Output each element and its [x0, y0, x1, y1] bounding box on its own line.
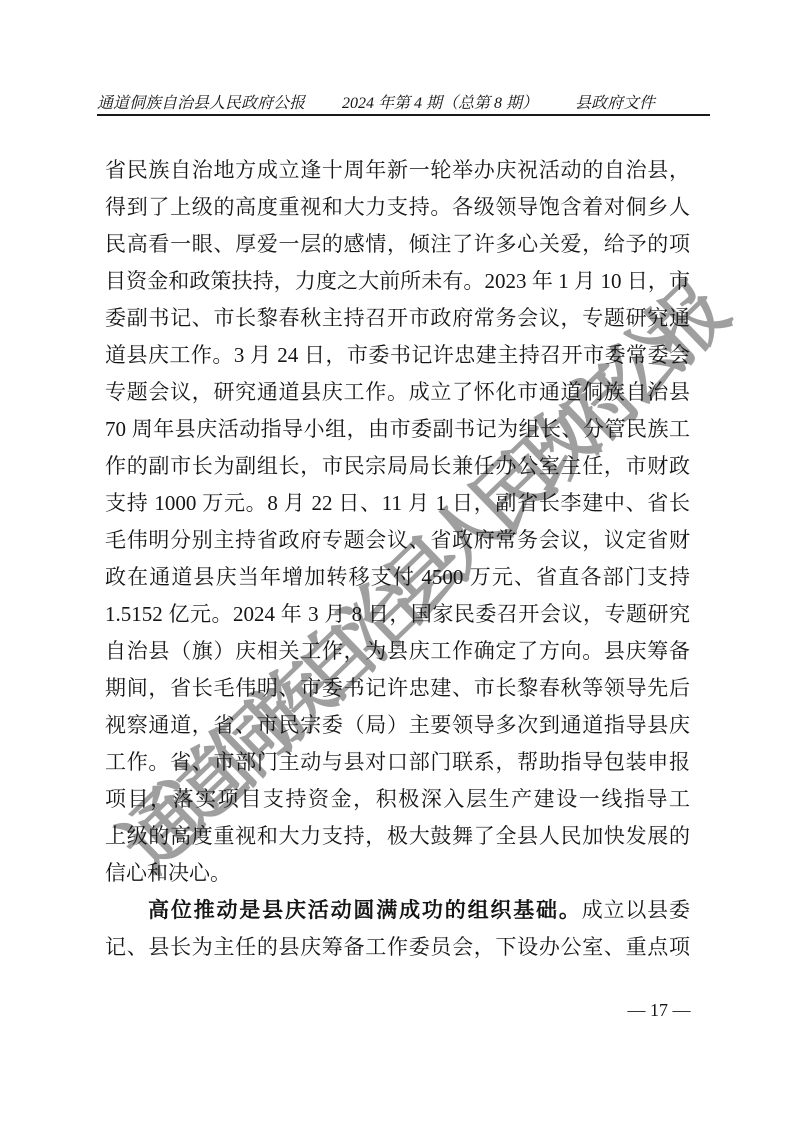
text-line: 得到了上级的高度重视和大力支持。各级领导饱含着对侗乡人 [105, 189, 690, 226]
body-text: 省民族自治地方成立逢十周年新一轮举办庆祝活动的自治县，得到了上级的高度重视和大力… [105, 152, 690, 966]
text-line: 上级的高度重视和大力支持，极大鼓舞了全县人民加快发展的 [105, 818, 690, 855]
text-line: 民高看一眼、厚爱一层的感情，倾注了许多心关爱，给予的项 [105, 226, 690, 263]
body-segment: 70 周年县庆活动指导小组，由市委副书记为组长、分管民族工 [105, 417, 690, 441]
body-segment: 道县庆工作。3 月 24 日，市委书记许忠建主持召开市委常委会 [105, 343, 690, 367]
body-segment: 目资金和政策扶持，力度之大前所未有。2023 年 1 月 10 日，市 [105, 269, 690, 293]
body-segment: 毛伟明分别主持省政府专题会议、省政府常务会议，议定省财 [105, 528, 690, 552]
body-segment: 作的副市长为副组长，市民宗局局长兼任办公室主任，市财政 [105, 454, 690, 478]
body-segment: 民高看一眼、厚爱一层的感情，倾注了许多心关爱，给予的项 [105, 232, 690, 256]
text-line: 自治县（旗）庆相关工作，为县庆工作确定了方向。县庆筹备 [105, 633, 690, 670]
page-header: 通道侗族自治县人民政府公报 2024 年第 4 期（总第 8 期） 县政府文件 [97, 94, 710, 116]
text-line: 期间，省长毛伟明、市委书记许忠建、市长黎春秋等领导先后 [105, 670, 690, 707]
body-segment: 上级的高度重视和大力支持，极大鼓舞了全县人民加快发展的 [105, 824, 690, 848]
body-segment: 自治县（旗）庆相关工作，为县庆工作确定了方向。县庆筹备 [105, 639, 690, 663]
text-line: 委副书记、市长黎春秋主持召开市政府常务会议，专题研究通 [105, 300, 690, 337]
body-segment: 支持 1000 万元。8 月 22 日、11 月 1 日，副省长李建中、省长 [105, 491, 690, 515]
body-segment: 政在通道县庆当年增加转移支付 4500 万元、省直各部门支持 [105, 565, 690, 589]
text-line: 70 周年县庆活动指导小组，由市委副书记为组长、分管民族工 [105, 411, 690, 448]
body-segment: 期间，省长毛伟明、市委书记许忠建、市长黎春秋等领导先后 [105, 676, 690, 700]
text-line: 省民族自治地方成立逢十周年新一轮举办庆祝活动的自治县， [105, 152, 690, 189]
text-line: 政在通道县庆当年增加转移支付 4500 万元、省直各部门支持 [105, 559, 690, 596]
text-line: 专题会议，研究通道县庆工作。成立了怀化市通道侗族自治县 [105, 374, 690, 411]
body-segment: 项目，落实项目支持资金，积极深入层生产建设一线指导工作。 [105, 787, 690, 818]
text-line: 道县庆工作。3 月 24 日，市委书记许忠建主持召开市委常委会 [105, 337, 690, 374]
body-segment: 得到了上级的高度重视和大力支持。各级领导饱含着对侗乡人 [105, 195, 690, 219]
text-line: 视察通道，省、市民宗委（局）主要领导多次到通道指导县庆 [105, 707, 690, 744]
text-line: 1.5152 亿元。2024 年 3 月 8 日，国家民委召开会议，专题研究 [105, 596, 690, 633]
page-number: — 17 — [624, 1000, 694, 1021]
text-line: 记、县长为主任的县庆筹备工作委员会，下设办公室、重点项 [105, 929, 690, 966]
header-publication-title: 通道侗族自治县人民政府公报 [97, 94, 305, 113]
text-line: 作的副市长为副组长，市民宗局局长兼任办公室主任，市财政 [105, 448, 690, 485]
body-segment: 记、县长为主任的县庆筹备工作委员会，下设办公室、重点项 [105, 935, 690, 959]
text-line: 目资金和政策扶持，力度之大前所未有。2023 年 1 月 10 日，市 [105, 263, 690, 300]
document-page: 通道侗族自治县人民政府公报 通道侗族自治县人民政府公报 2024 年第 4 期（… [0, 0, 793, 1122]
text-line: 信心和决心。 [105, 855, 690, 892]
header-section-label: 县政府文件 [575, 94, 655, 113]
bold-lead-text: 高位推动是县庆活动圆满成功的组织基础。 [148, 899, 582, 922]
text-line: 项目，落实项目支持资金，积极深入层生产建设一线指导工作。 [105, 781, 690, 818]
body-segment: 专题会议，研究通道县庆工作。成立了怀化市通道侗族自治县 [105, 380, 690, 404]
body-segment: 信心和决心。 [105, 861, 231, 885]
body-segment: 视察通道，省、市民宗委（局）主要领导多次到通道指导县庆 [105, 713, 690, 737]
text-line: 毛伟明分别主持省政府专题会议、省政府常务会议，议定省财 [105, 522, 690, 559]
body-segment: 省民族自治地方成立逢十周年新一轮举办庆祝活动的自治县， [105, 158, 690, 182]
body-segment: 委副书记、市长黎春秋主持召开市政府常务会议，专题研究通 [105, 306, 690, 330]
body-segment: 1.5152 亿元。2024 年 3 月 8 日，国家民委召开会议，专题研究 [105, 602, 690, 626]
text-line: 高位推动是县庆活动圆满成功的组织基础。成立以县委书 [105, 892, 690, 929]
text-line: 工作。省、市部门主动与县对口部门联系，帮助指导包装申报 [105, 744, 690, 781]
text-line: 支持 1000 万元。8 月 22 日、11 月 1 日，副省长李建中、省长 [105, 485, 690, 522]
body-segment: 工作。省、市部门主动与县对口部门联系，帮助指导包装申报 [105, 750, 690, 774]
header-issue-info: 2024 年第 4 期（总第 8 期） [342, 94, 538, 113]
